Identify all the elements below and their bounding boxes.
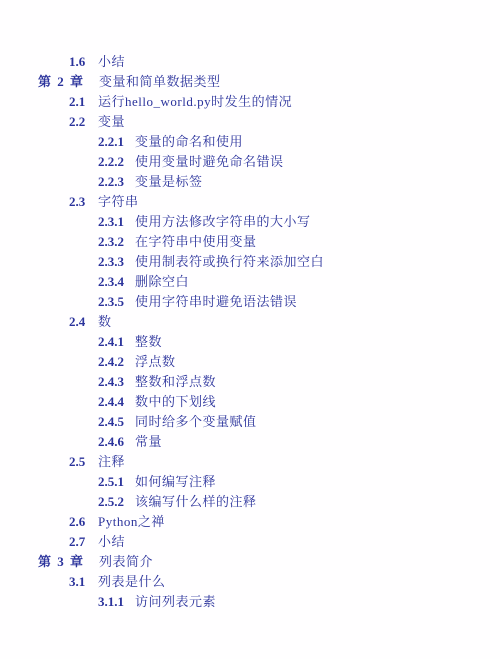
- toc-entry-title: 变量和简单数据类型: [99, 72, 221, 92]
- toc-entry[interactable]: 2.4.5同时给多个变量赋值: [0, 412, 500, 432]
- toc-entry[interactable]: 2.2.3变量是标签: [0, 172, 500, 192]
- toc-entry-title: 变量是标签: [135, 172, 203, 192]
- toc-entry-title: 注释: [98, 452, 125, 472]
- toc-page: 1.6小结第 2 章变量和简单数据类型2.1运行hello_world.py时发…: [0, 0, 500, 659]
- toc-entry-title: 使用制表符或换行符来添加空白: [135, 252, 324, 272]
- toc-entry-title: 常量: [135, 432, 162, 452]
- toc-entry[interactable]: 2.3.3使用制表符或换行符来添加空白: [0, 252, 500, 272]
- toc-entry-number: 2.1: [69, 92, 98, 112]
- toc-entry[interactable]: 3.1.1访问列表元素: [0, 592, 500, 612]
- toc-entry-number: 第 3 章: [38, 552, 99, 572]
- toc-entry-number: 2.5: [69, 452, 98, 472]
- toc-entry[interactable]: 2.2.1变量的命名和使用: [0, 132, 500, 152]
- toc-entry-title: 整数和浮点数: [135, 372, 216, 392]
- toc-entry-number: 2.7: [69, 532, 98, 552]
- toc-entry-number: 2.2.3: [98, 172, 135, 192]
- toc-entry[interactable]: 3.1列表是什么: [0, 572, 500, 592]
- toc-entry-title: 数: [98, 312, 112, 332]
- toc-entry-title: 删除空白: [135, 272, 189, 292]
- toc-entry-number: 2.3.1: [98, 212, 135, 232]
- toc-entry-number: 2.2.1: [98, 132, 135, 152]
- toc-entry-title: Python之禅: [98, 512, 165, 532]
- toc-entry-title: 该编写什么样的注释: [135, 492, 257, 512]
- toc-entry-title: 在字符串中使用变量: [135, 232, 257, 252]
- toc-entry[interactable]: 2.3.4删除空白: [0, 272, 500, 292]
- toc-entry-number: 第 2 章: [38, 72, 99, 92]
- toc-entry-title: 小结: [98, 532, 125, 552]
- toc-entry-number: 2.4: [69, 312, 98, 332]
- toc-entry-number: 2.2.2: [98, 152, 135, 172]
- toc-entry[interactable]: 2.3.5使用字符串时避免语法错误: [0, 292, 500, 312]
- toc-entry[interactable]: 1.6小结: [0, 52, 500, 72]
- toc-entry[interactable]: 2.2.2使用变量时避免命名错误: [0, 152, 500, 172]
- toc-entry[interactable]: 2.5.2该编写什么样的注释: [0, 492, 500, 512]
- toc-entry-title: 运行hello_world.py时发生的情况: [98, 92, 292, 112]
- toc-entry-title: 使用方法修改字符串的大小写: [135, 212, 311, 232]
- toc-entry[interactable]: 2.4.3整数和浮点数: [0, 372, 500, 392]
- toc-entry-title: 同时给多个变量赋值: [135, 412, 257, 432]
- toc-chapter-entry[interactable]: 第 2 章变量和简单数据类型: [0, 72, 500, 92]
- toc-entry-title: 如何编写注释: [135, 472, 216, 492]
- toc-entry[interactable]: 2.3字符串: [0, 192, 500, 212]
- toc-entry-number: 2.4.1: [98, 332, 135, 352]
- toc-entry-number: 2.4.3: [98, 372, 135, 392]
- toc-list: 1.6小结第 2 章变量和简单数据类型2.1运行hello_world.py时发…: [0, 52, 500, 612]
- toc-entry-title: 使用字符串时避免语法错误: [135, 292, 297, 312]
- toc-entry[interactable]: 2.7小结: [0, 532, 500, 552]
- toc-entry[interactable]: 2.4.6常量: [0, 432, 500, 452]
- toc-entry[interactable]: 2.5.1如何编写注释: [0, 472, 500, 492]
- toc-entry-number: 3.1: [69, 572, 98, 592]
- toc-entry[interactable]: 2.4.4数中的下划线: [0, 392, 500, 412]
- toc-entry-number: 1.6: [69, 52, 98, 72]
- toc-entry-number: 2.6: [69, 512, 98, 532]
- toc-entry[interactable]: 2.3.1使用方法修改字符串的大小写: [0, 212, 500, 232]
- toc-entry-title: 列表是什么: [98, 572, 166, 592]
- toc-entry-number: 2.4.6: [98, 432, 135, 452]
- toc-entry-number: 2.3.3: [98, 252, 135, 272]
- toc-entry-number: 2.3: [69, 192, 98, 212]
- toc-entry-title: 变量的命名和使用: [135, 132, 243, 152]
- toc-entry-title: 变量: [98, 112, 125, 132]
- toc-entry-number: 2.4.2: [98, 352, 135, 372]
- toc-entry-title: 列表简介: [99, 552, 153, 572]
- toc-entry-number: 2.3.2: [98, 232, 135, 252]
- toc-entry-number: 3.1.1: [98, 592, 135, 612]
- toc-entry-number: 2.3.4: [98, 272, 135, 292]
- toc-entry[interactable]: 2.3.2在字符串中使用变量: [0, 232, 500, 252]
- toc-entry-title: 使用变量时避免命名错误: [135, 152, 284, 172]
- toc-entry[interactable]: 2.1运行hello_world.py时发生的情况: [0, 92, 500, 112]
- toc-entry-title: 访问列表元素: [135, 592, 216, 612]
- toc-entry-title: 数中的下划线: [135, 392, 216, 412]
- toc-entry-number: 2.4.5: [98, 412, 135, 432]
- toc-entry[interactable]: 2.2变量: [0, 112, 500, 132]
- toc-entry-number: 2.2: [69, 112, 98, 132]
- toc-entry-title: 小结: [98, 52, 125, 72]
- toc-entry-number: 2.3.5: [98, 292, 135, 312]
- toc-chapter-entry[interactable]: 第 3 章列表简介: [0, 552, 500, 572]
- toc-entry-number: 2.5.1: [98, 472, 135, 492]
- toc-entry-title: 整数: [135, 332, 162, 352]
- toc-entry-number: 2.4.4: [98, 392, 135, 412]
- toc-entry[interactable]: 2.4.2浮点数: [0, 352, 500, 372]
- toc-entry[interactable]: 2.6Python之禅: [0, 512, 500, 532]
- toc-entry[interactable]: 2.4数: [0, 312, 500, 332]
- toc-entry-title: 浮点数: [135, 352, 176, 372]
- toc-entry[interactable]: 2.4.1整数: [0, 332, 500, 352]
- toc-entry-title: 字符串: [98, 192, 139, 212]
- toc-entry[interactable]: 2.5注释: [0, 452, 500, 472]
- toc-entry-number: 2.5.2: [98, 492, 135, 512]
